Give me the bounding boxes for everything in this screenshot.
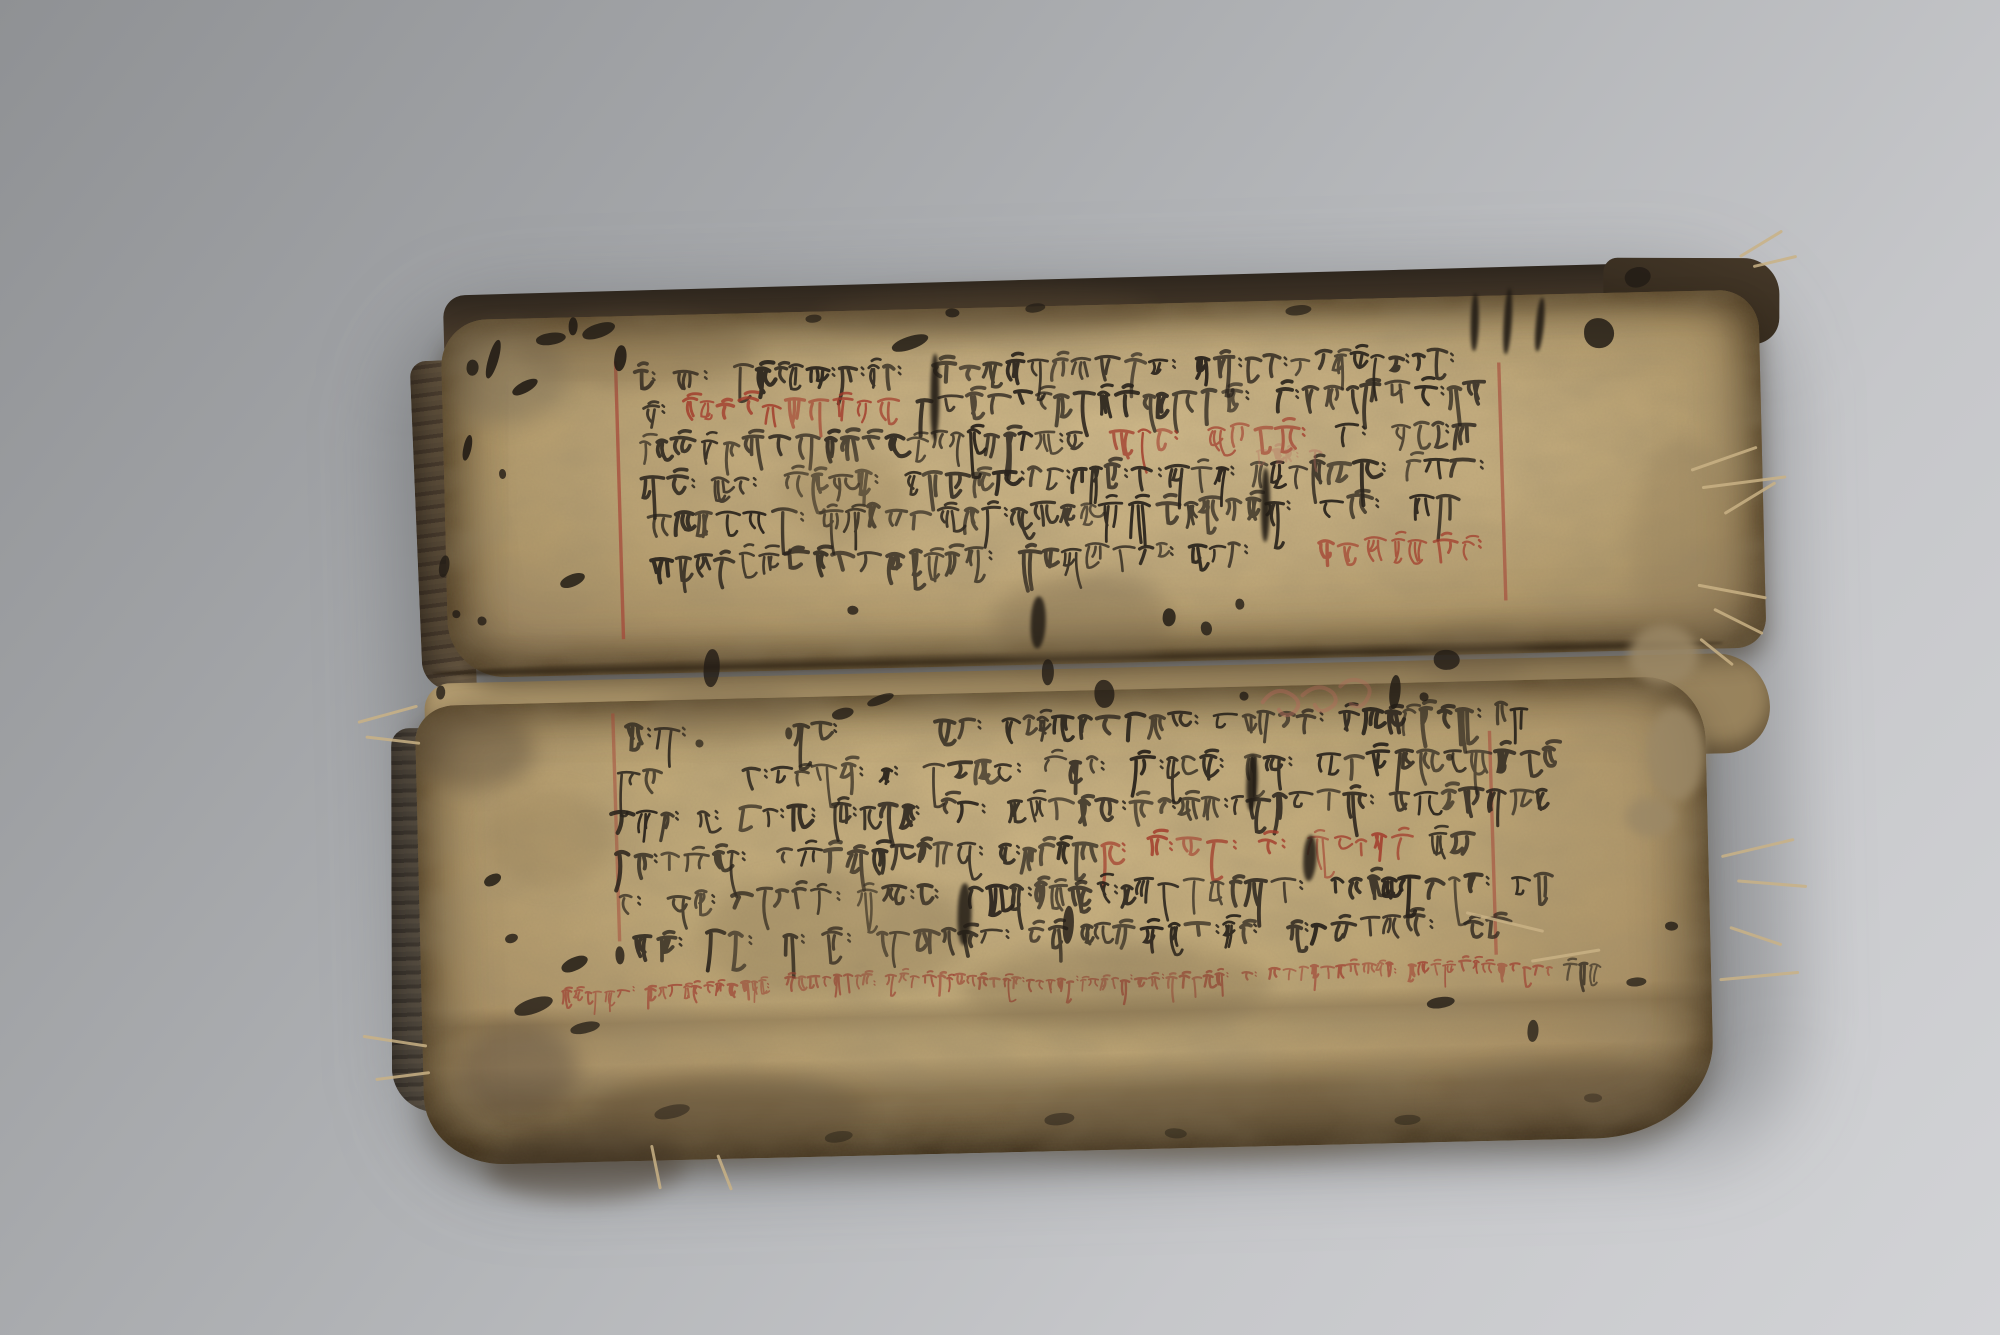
- manuscript-book: [384, 234, 1816, 1202]
- ink-blot: [1388, 675, 1402, 710]
- ink-blot: [1235, 599, 1244, 610]
- frayed-paper-fluff: [1645, 706, 1705, 802]
- ink-blot: [702, 649, 721, 688]
- ink-blot: [1426, 995, 1455, 1010]
- ink-blot: [831, 705, 855, 721]
- frayed-paper-fluff: [1625, 796, 1676, 837]
- ink-blot: [1419, 692, 1428, 701]
- frayed-fiber: [716, 1154, 733, 1190]
- paper-stain: [649, 682, 800, 746]
- blots-and-fibers-layer: [384, 234, 1816, 1202]
- ink-blot: [805, 314, 822, 324]
- ink-blot: [1446, 754, 1453, 761]
- ink-blot: [890, 330, 930, 355]
- ink-blot: [1094, 680, 1115, 708]
- ink-blot: [499, 469, 506, 479]
- paper-stain: [485, 789, 617, 887]
- frayed-fiber: [1729, 926, 1782, 946]
- frayed-fiber: [1721, 838, 1795, 858]
- ink-blot: [452, 610, 460, 618]
- frayed-paper-fluff: [1628, 624, 1699, 686]
- ink-blot: [1239, 691, 1248, 700]
- ink-blot: [930, 354, 940, 440]
- ink-blot: [847, 606, 858, 615]
- ink-blot: [615, 946, 624, 964]
- ink-blot: [558, 570, 587, 591]
- paper-stain: [415, 708, 537, 791]
- frayed-fiber: [1466, 911, 1544, 933]
- ink-blot: [559, 952, 590, 976]
- ink-blot: [461, 434, 474, 461]
- paper-stain: [960, 941, 1272, 1033]
- ink-blot: [1470, 293, 1480, 351]
- ink-blot: [477, 616, 486, 625]
- frayed-fiber: [1753, 255, 1797, 268]
- frayed-fiber: [1737, 879, 1807, 888]
- ink-blot: [785, 727, 792, 739]
- paper-stain: [699, 868, 972, 999]
- frayed-fiber: [1531, 948, 1601, 962]
- ink-blot: [1527, 1019, 1540, 1042]
- ink-blot: [1584, 318, 1615, 349]
- ink-blot: [1162, 608, 1177, 627]
- ink-blot: [512, 992, 555, 1019]
- ink-blot: [1062, 905, 1075, 944]
- paper-stain: [1433, 1061, 1685, 1137]
- ink-blot: [437, 555, 451, 578]
- ink-blot: [436, 685, 446, 700]
- ink-blot: [1042, 659, 1055, 685]
- ink-blot: [482, 871, 503, 889]
- ink-blot: [1665, 921, 1678, 930]
- ink-blot: [1302, 835, 1318, 882]
- ink-blot: [866, 690, 895, 709]
- frayed-fiber: [1739, 230, 1783, 259]
- ink-blot: [1626, 977, 1647, 988]
- paper-stain: [992, 573, 1174, 672]
- ink-blot: [1285, 304, 1312, 317]
- paper-stain: [779, 450, 911, 537]
- ink-blot: [504, 932, 519, 945]
- ink-blot: [1502, 288, 1514, 354]
- ink-blot: [1622, 264, 1653, 291]
- ink-blot: [1200, 621, 1213, 636]
- ink-blot: [695, 739, 703, 747]
- ink-blot: [957, 883, 973, 945]
- paper-stain: [1014, 1077, 1446, 1162]
- frayed-fiber: [1719, 971, 1799, 981]
- ink-blot: [569, 1019, 601, 1037]
- ink-blot: [1533, 297, 1546, 352]
- paper-stain: [457, 1022, 579, 1115]
- paper-stain: [815, 287, 1156, 339]
- ink-blot: [1245, 754, 1259, 810]
- ink-blot: [1261, 468, 1271, 542]
